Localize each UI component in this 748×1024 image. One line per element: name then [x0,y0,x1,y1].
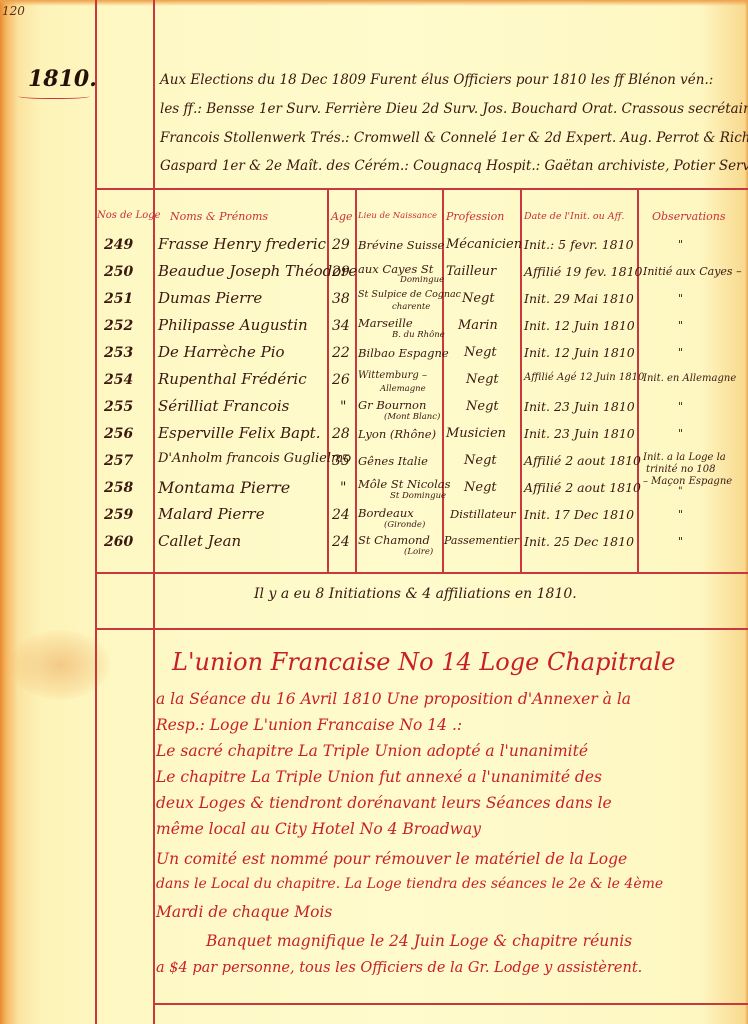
row-profession: Negt [464,345,497,360]
row-observation: Initié aux Cayes – [643,265,742,278]
row-profession: Passementier [444,534,519,547]
row-birthplace-sub: St Domingue [390,491,446,501]
row-observation: " [678,508,683,521]
row-number: 250 [104,264,133,280]
row-name: Dumas Pierre [158,289,262,307]
row-name: D'Anholm francois Guglielmo [158,451,351,466]
row-age: " [340,480,346,496]
row-number: 254 [104,372,133,388]
row-birthplace: Gr Bournon [358,398,426,412]
row-name: Sérilliat Francois [158,397,289,415]
row-birthplace: Bordeaux [358,506,414,520]
year-underline [18,92,90,99]
row-birthplace: Môle St Nicolas [358,477,451,491]
row-number: 253 [104,345,133,361]
row-date: Init. 23 Juin 1810 [524,399,635,414]
header-number: Nos de Loge [97,210,161,221]
summary-bottom-rule [95,628,748,630]
notes-line: a $4 par personne, tous les Officiers de… [156,960,642,976]
row-profession: Musicien [446,426,506,441]
row-birthplace-sub: charente [392,302,430,312]
row-birthplace: Gênes Italie [358,454,428,468]
row-profession: Marin [458,318,498,333]
notes-line: a la Séance du 16 Avril 1810 Une proposi… [156,690,631,708]
page-bottom-rule [153,1003,748,1005]
row-birthplace: St Chamond [358,533,430,547]
row-birthplace-sub: (Loire) [404,547,433,557]
row-profession: Negt [464,453,497,468]
row-birthplace: St Sulpice de Cognac [358,289,461,300]
row-date: Init. 23 Juin 1810 [524,426,635,441]
row-number: 252 [104,318,133,334]
row-birthplace: aux Cayes St [358,262,433,276]
row-observation: – Maçon Espagne [643,476,732,487]
year-heading: 1810. [28,66,97,92]
row-number: 251 [104,291,133,307]
row-observation: " [678,238,683,251]
row-profession: Negt [466,399,499,414]
row-observation: " [678,427,683,440]
row-observation-line2: trinité no 108 [646,464,715,475]
row-date: Affilié 2 aout 1810 [524,453,641,468]
header-birthplace: Lieu de Naissance [358,211,437,221]
row-observation: " [678,400,683,413]
header-names: Noms & Prénoms [170,210,268,223]
row-birthplace-sub: (Gironde) [384,520,425,530]
row-date: Init. 29 Mai 1810 [524,291,634,306]
row-profession: Mécanicien [446,237,522,252]
row-number: 258 [104,480,133,496]
row-observation: Init. a la Loge la [643,452,726,463]
row-birthplace: Lyon (Rhône) [358,427,436,441]
row-age: 38 [332,291,350,307]
row-name: Callet Jean [158,532,241,550]
row-profession: Negt [464,480,497,495]
row-observation: " [678,319,683,332]
row-name: Montama Pierre [158,478,290,497]
row-profession: Tailleur [446,264,496,279]
page-number: 120 [2,4,25,18]
row-age: 22 [332,345,350,361]
row-age: 28 [332,426,350,442]
notes-line: même local au City Hotel No 4 Broadway [156,820,481,838]
row-number: 249 [104,237,133,253]
row-name: Frasse Henry frederic [158,235,326,253]
row-date: Affilié 2 aout 1810 [524,480,641,495]
row-birthplace-sub: (Mont Blanc) [384,412,440,422]
notes-line: Resp.: Loge L'union Francaise No 14 .: [156,716,462,734]
row-profession: Distillateur [450,507,516,521]
row-birthplace: Brévine Suisse [358,238,444,252]
margin-rule-left [95,0,97,1024]
intro-line: Francois Stollenwerk Trés.: Cromwell & C… [160,130,748,146]
table-top-rule [95,188,748,190]
row-birthplace: Wittemburg – [358,370,427,381]
row-number: 260 [104,534,133,550]
row-age: 26 [332,372,350,388]
row-age: 24 [332,534,350,550]
row-birthplace-sub: Allemagne [380,384,426,394]
row-birthplace-sub: B. du Rhône [392,330,445,340]
notes-line: Banquet magnifique le 24 Juin Loge & cha… [206,932,632,950]
page-top-edge [0,0,748,6]
header-date: Date de l'Init. ou Aff. [524,211,624,222]
row-age: 34 [332,318,350,334]
row-observation: " [678,292,683,305]
notes-line: Un comité est nommé pour rémouver le mat… [156,850,627,868]
row-number: 255 [104,399,133,415]
row-date: Init. 17 Dec 1810 [524,507,634,522]
row-date: Init. 12 Juin 1810 [524,318,635,333]
row-number: 256 [104,426,133,442]
row-profession: Negt [466,372,499,387]
row-name: Philipasse Augustin [158,316,308,334]
header-age: Age [331,210,353,223]
row-date: Init. 25 Dec 1810 [524,534,634,549]
notes-line: Mardi de chaque Mois [156,903,332,921]
notes-line: deux Loges & tiendront dorénavant leurs … [156,794,612,812]
header-observations: Observations [652,210,726,223]
row-date: Init. 12 Juin 1810 [524,345,635,360]
row-birthplace-sub: Domingue [400,275,444,285]
col-rule-place [355,188,357,572]
row-age: " [340,399,346,415]
row-observation: " [678,346,683,359]
margin-rule-right [153,0,155,1024]
row-age: 29 [332,237,350,253]
row-age: 24 [332,507,350,523]
summary-line: Il y a eu 8 Initiations & 4 affiliations… [254,586,577,602]
row-name: De Harrèche Pio [158,343,285,361]
row-profession: Negt [462,291,495,306]
row-observation: Init. en Allemagne [643,373,736,384]
row-date: Affilié 19 fev. 1810 [524,264,643,279]
notes-line: Le chapitre La Triple Union fut annexé a… [156,768,602,786]
row-name: Beaudue Joseph Théodore [158,262,357,280]
row-age: 35 [332,453,350,469]
row-name: Rupenthal Frédéric [158,370,307,388]
col-rule-age [327,188,329,572]
header-profession: Profession [446,210,504,223]
row-number: 257 [104,453,133,469]
row-birthplace: Marseille [358,316,413,330]
intro-line: les ff.: Bensse 1er Surv. Ferrière Dieu … [160,101,748,117]
row-observation-line2: " [678,486,683,497]
row-date: Affilié Agé 12 Juin 1810 [524,372,644,383]
notes-title: L'union Francaise No 14 Loge Chapitrale [172,648,675,676]
notes-line: dans le Local du chapitre. La Loge tiend… [156,876,663,892]
row-name: Esperville Felix Bapt. [158,424,320,442]
row-age: 29 [332,264,350,280]
intro-line: Gaspard 1er & 2e Maît. des Cérém.: Cougn… [160,158,748,174]
intro-line: Aux Elections du 18 Dec 1809 Furent élus… [160,72,713,88]
row-number: 259 [104,507,133,523]
table-bottom-rule [95,572,748,574]
row-date: Init.: 5 fevr. 1810 [524,237,634,252]
row-birthplace: Bilbao Espagne [358,346,449,360]
row-name: Malard Pierre [158,505,265,523]
row-observation: " [678,535,683,548]
notes-line: Le sacré chapitre La Triple Union adopté… [156,742,588,760]
